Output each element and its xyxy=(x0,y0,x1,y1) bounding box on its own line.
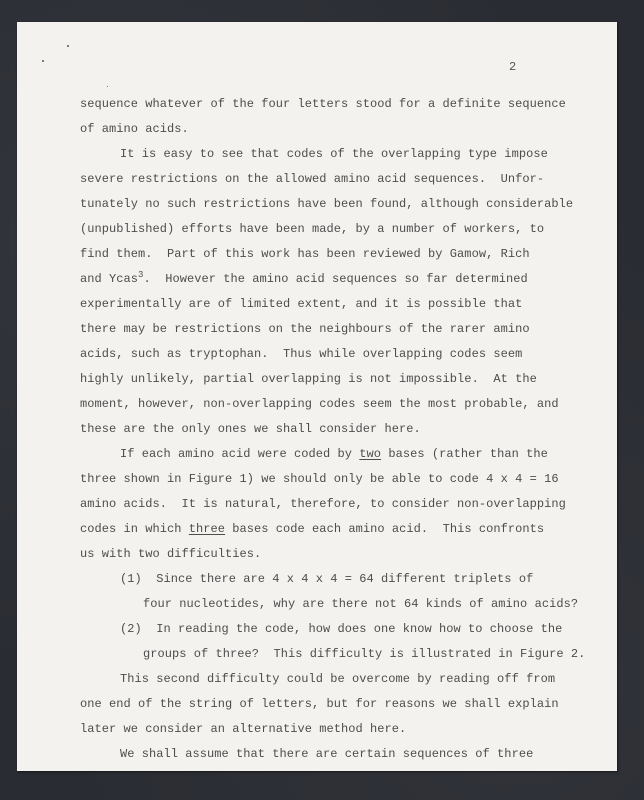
text-line: (unpublished) efforts have been made, by… xyxy=(80,217,585,242)
line-text: bases code each amino acid. This confron… xyxy=(225,522,544,536)
line-text: highly unlikely, partial overlapping is … xyxy=(80,372,537,386)
text-line: us with two difficulties. xyxy=(80,542,585,567)
text-line: codes in which three bases code each ami… xyxy=(80,517,585,542)
underlined-word: two xyxy=(359,447,381,461)
line-text: This second difficulty could be overcome… xyxy=(120,672,555,686)
line-text: acids, such as tryptophan. Thus while ov… xyxy=(80,347,522,361)
paper-speck xyxy=(107,86,108,87)
line-text: (1) Since there are 4 x 4 x 4 = 64 diffe… xyxy=(120,572,533,586)
text-line: moment, however, non-overlapping codes s… xyxy=(80,392,585,417)
text-line: tunately no such restrictions have been … xyxy=(80,192,585,217)
text-line: find them. Part of this work has been re… xyxy=(80,242,585,267)
text-line: experimentally are of limited extent, an… xyxy=(80,292,585,317)
line-text: bases (rather than the xyxy=(381,447,548,461)
page-number: 2 xyxy=(509,60,516,74)
document-page: 2 sequence whatever of the four letters … xyxy=(17,22,617,771)
line-text: experimentally are of limited extent, an… xyxy=(80,297,522,311)
typewritten-body: sequence whatever of the four letters st… xyxy=(80,92,585,767)
line-text: tunately no such restrictions have been … xyxy=(80,197,573,211)
line-text: and Ycas xyxy=(80,272,138,286)
line-text: amino acids. It is natural, therefore, t… xyxy=(80,497,566,511)
line-text: us with two difficulties. xyxy=(80,547,261,561)
list-item-continuation: four nucleotides, why are there not 64 k… xyxy=(80,592,585,617)
line-text: (unpublished) efforts have been made, by… xyxy=(80,222,544,236)
text-line: and Ycas3. However the amino acid sequen… xyxy=(80,267,585,292)
text-line: there may be restrictions on the neighbo… xyxy=(80,317,585,342)
line-text: (2) In reading the code, how does one kn… xyxy=(120,622,562,636)
list-item-continuation: groups of three? This difficulty is illu… xyxy=(80,642,585,667)
text-line: acids, such as tryptophan. Thus while ov… xyxy=(80,342,585,367)
line-text: find them. Part of this work has been re… xyxy=(80,247,530,261)
line-text: there may be restrictions on the neighbo… xyxy=(80,322,530,336)
text-line: It is easy to see that codes of the over… xyxy=(80,142,585,167)
text-line: We shall assume that there are certain s… xyxy=(80,742,585,767)
line-text: these are the only ones we shall conside… xyxy=(80,422,421,436)
text-line: later we consider an alternative method … xyxy=(80,717,585,742)
paper-speck xyxy=(42,60,44,62)
line-text: sequence whatever of the four letters st… xyxy=(80,97,566,111)
text-line: three shown in Figure 1) we should only … xyxy=(80,467,585,492)
text-line: sequence whatever of the four letters st… xyxy=(80,92,585,117)
underlined-word: three xyxy=(189,522,225,536)
paper-speck xyxy=(67,45,69,47)
line-text: one end of the string of letters, but fo… xyxy=(80,697,559,711)
line-text: three shown in Figure 1) we should only … xyxy=(80,472,559,486)
line-text: four nucleotides, why are there not 64 k… xyxy=(143,597,578,611)
line-text: later we consider an alternative method … xyxy=(80,722,406,736)
line-text: . However the amino acid sequences so fa… xyxy=(143,272,527,286)
line-text: severe restrictions on the allowed amino… xyxy=(80,172,544,186)
line-text: moment, however, non-overlapping codes s… xyxy=(80,397,559,411)
line-text: It is easy to see that codes of the over… xyxy=(120,147,548,161)
text-line: amino acids. It is natural, therefore, t… xyxy=(80,492,585,517)
line-text: groups of three? This difficulty is illu… xyxy=(143,647,585,661)
line-text: of amino acids. xyxy=(80,122,189,136)
text-line: of amino acids. xyxy=(80,117,585,142)
line-text: If each amino acid were coded by xyxy=(120,447,359,461)
text-line: This second difficulty could be overcome… xyxy=(80,667,585,692)
text-line: one end of the string of letters, but fo… xyxy=(80,692,585,717)
list-item: (1) Since there are 4 x 4 x 4 = 64 diffe… xyxy=(80,567,585,592)
line-text: We shall assume that there are certain s… xyxy=(120,747,533,761)
text-line: these are the only ones we shall conside… xyxy=(80,417,585,442)
line-text: codes in which xyxy=(80,522,189,536)
text-line: highly unlikely, partial overlapping is … xyxy=(80,367,585,392)
text-line: If each amino acid were coded by two bas… xyxy=(80,442,585,467)
list-item: (2) In reading the code, how does one kn… xyxy=(80,617,585,642)
text-line: severe restrictions on the allowed amino… xyxy=(80,167,585,192)
